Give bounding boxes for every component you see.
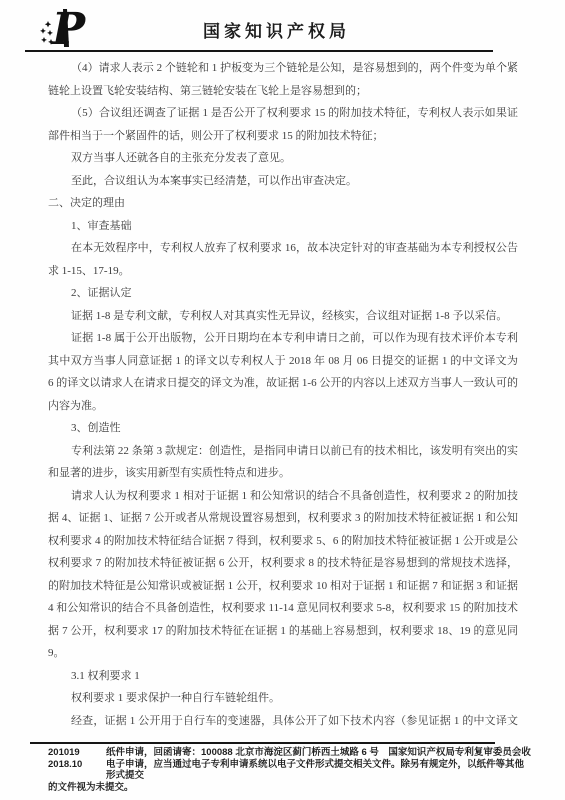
text-line: 专利法第 22 条第 3 款规定：创造性，是指同申请日以前已有的技术相比，该发明… (48, 440, 518, 463)
document-body: （4）请求人表示 2 个链轮和 1 护板变为三个链轮是公知，是容易想到的，两个件… (48, 57, 518, 732)
footer-rule (30, 742, 495, 744)
text-line: 求 1-15、17-19。 (48, 260, 518, 283)
agency-title: 国家知识产权局 (0, 17, 553, 42)
text-line: 在本无效程序中，专利权人放弃了权利要求 16，故本决定针对的审查基础为本专利授权… (48, 237, 518, 260)
footer-paper-note: 纸件申请，回函请寄：100088 北京市海淀区蓟门桥西土城路 6 号 国家知识产… (106, 747, 533, 759)
text-line: 证据 1-8 是专利文献，专利权人对其真实性无异议，经核实，合议组对证据 1-8… (48, 305, 518, 328)
footer-row-electronic: 2018.10 电子申请，应当通过电子专利申请系统以电子文件形式提交相关文件。除… (48, 759, 533, 782)
text-line: 权利要求 1 要求保护一种自行车链轮组件。 (48, 687, 518, 710)
text-line: 3.1 权利要求 1 (48, 665, 518, 688)
text-line: 经查，证据 1 公开用于自行车的变速器，具体公开了如下技术内容（参见证据 1 的… (48, 710, 518, 733)
footer-electronic-note-cont: 的文件视为未提交。 (48, 782, 533, 794)
text-line: 请求人认为权利要求 1 相对于证据 1 和公知常识的结合不具备创造性，权利要求 … (48, 485, 518, 508)
footer: 201019 纸件申请，回函请寄：100088 北京市海淀区蓟门桥西土城路 6 … (48, 747, 533, 793)
text-line: 至此，合议组认为本案事实已经清楚，可以作出审查决定。 (48, 170, 518, 193)
text-line: 的附加技术特征是公知常识或被证据 1 公开，权利要求 10 相对于证据 1 和证… (48, 575, 518, 598)
form-date: 2018.10 (48, 759, 106, 782)
text-line: 证据 1-8 属于公开出版物，公开日期均在本专利申请日之前，可以作为现有技术评价… (48, 327, 518, 350)
footer-row-paper: 201019 纸件申请，回函请寄：100088 北京市海淀区蓟门桥西土城路 6 … (48, 747, 533, 759)
footer-electronic-note: 电子申请，应当通过电子专利申请系统以电子文件形式提交相关文件。除另有规定外，以纸… (106, 759, 533, 782)
text-line: 其中双方当事人同意证据 1 的译文以专利权人于 2018 年 08 月 06 日… (48, 350, 518, 373)
text-line: 权利要求 7 的附加技术特征被证据 6 公开，权利要求 8 的技术特征是容易想到… (48, 552, 518, 575)
text-line: 二、决定的理由 (48, 192, 518, 215)
text-line: 据 7 公开，权利要求 17 的附加技术特征在证据 1 的基础上容易想到，权利要… (48, 620, 518, 643)
text-line: 6 的译文以请求人在请求日提交的译文为准，故证据 1-6 公开的内容以上述双方当… (48, 372, 518, 395)
text-line: 和显著的进步，该实用新型有实质性特点和进步。 (48, 462, 518, 485)
header-rule (25, 50, 493, 52)
letterhead: P 国家知识产权局 (0, 0, 565, 52)
footer-row-wrap: 的文件视为未提交。 (48, 782, 533, 794)
text-line: （5）合议组还调查了证据 1 是否公开了权利要求 15 的附加技术特征，专利权人… (48, 102, 518, 125)
text-line: 4 和公知常识的结合不具备创造性，权利要求 11-14 意见同权利要求 5-8，… (48, 597, 518, 620)
patent-decision-page: P 国家知识产权局 （4）请求人表示 2 个链轮和 1 护板变为三个链轮是公知，… (0, 0, 565, 800)
text-line: 据 4、证据 1、证据 7 公开或者从常规设置容易想到，权利要求 3 的附加技术… (48, 507, 518, 530)
form-code: 201019 (48, 747, 106, 759)
text-line: 3、创造性 (48, 417, 518, 440)
text-line: 权利要求 4 的附加技术特征结合证据 7 得到，权利要求 5、6 的附加技术特征… (48, 530, 518, 553)
text-line: 1、审查基础 (48, 215, 518, 238)
text-line: 部件相当于一个紧固件的话，则公开了权利要求 15 的附加技术特征； (48, 125, 518, 148)
text-line: 双方当事人还就各自的主张充分发表了意见。 (48, 147, 518, 170)
text-line: 内容为准。 (48, 395, 518, 418)
text-line: 2、证据认定 (48, 282, 518, 305)
text-line: （4）请求人表示 2 个链轮和 1 护板变为三个链轮是公知，是容易想到的，两个件… (48, 57, 518, 80)
text-line: 9。 (48, 642, 518, 665)
text-line: 链轮上设置飞轮安装结构、第三链轮安装在飞轮上是容易想到的； (48, 80, 518, 103)
